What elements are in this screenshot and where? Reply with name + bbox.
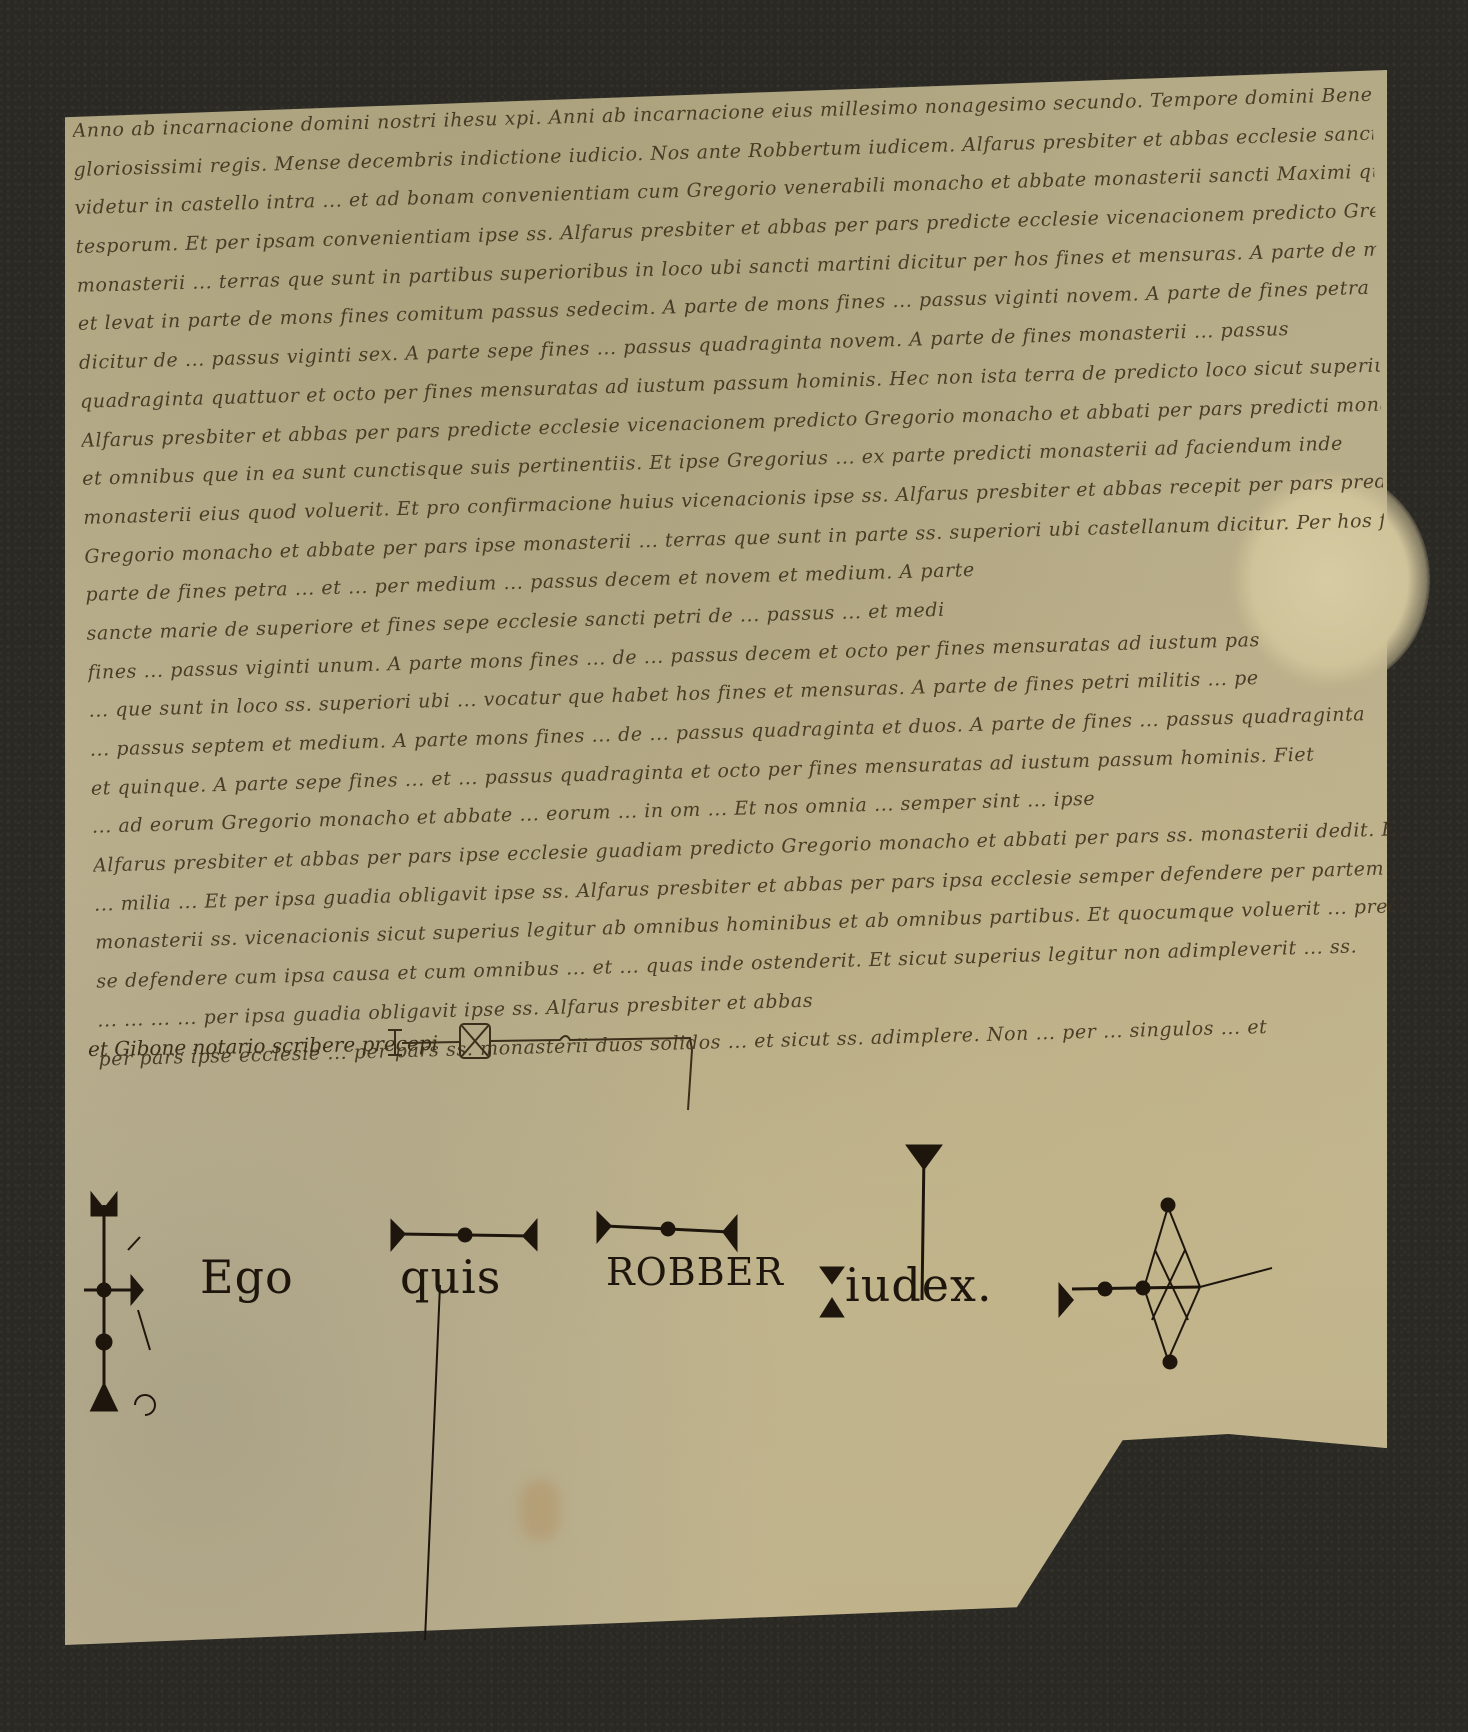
- signature-ego: Ego: [200, 1250, 294, 1304]
- signature-quis: quis: [400, 1250, 501, 1304]
- signature-iudex: iudex.: [845, 1258, 993, 1312]
- signature-marks: [0, 0, 1468, 1732]
- signature-robber: ROBBER: [606, 1250, 784, 1294]
